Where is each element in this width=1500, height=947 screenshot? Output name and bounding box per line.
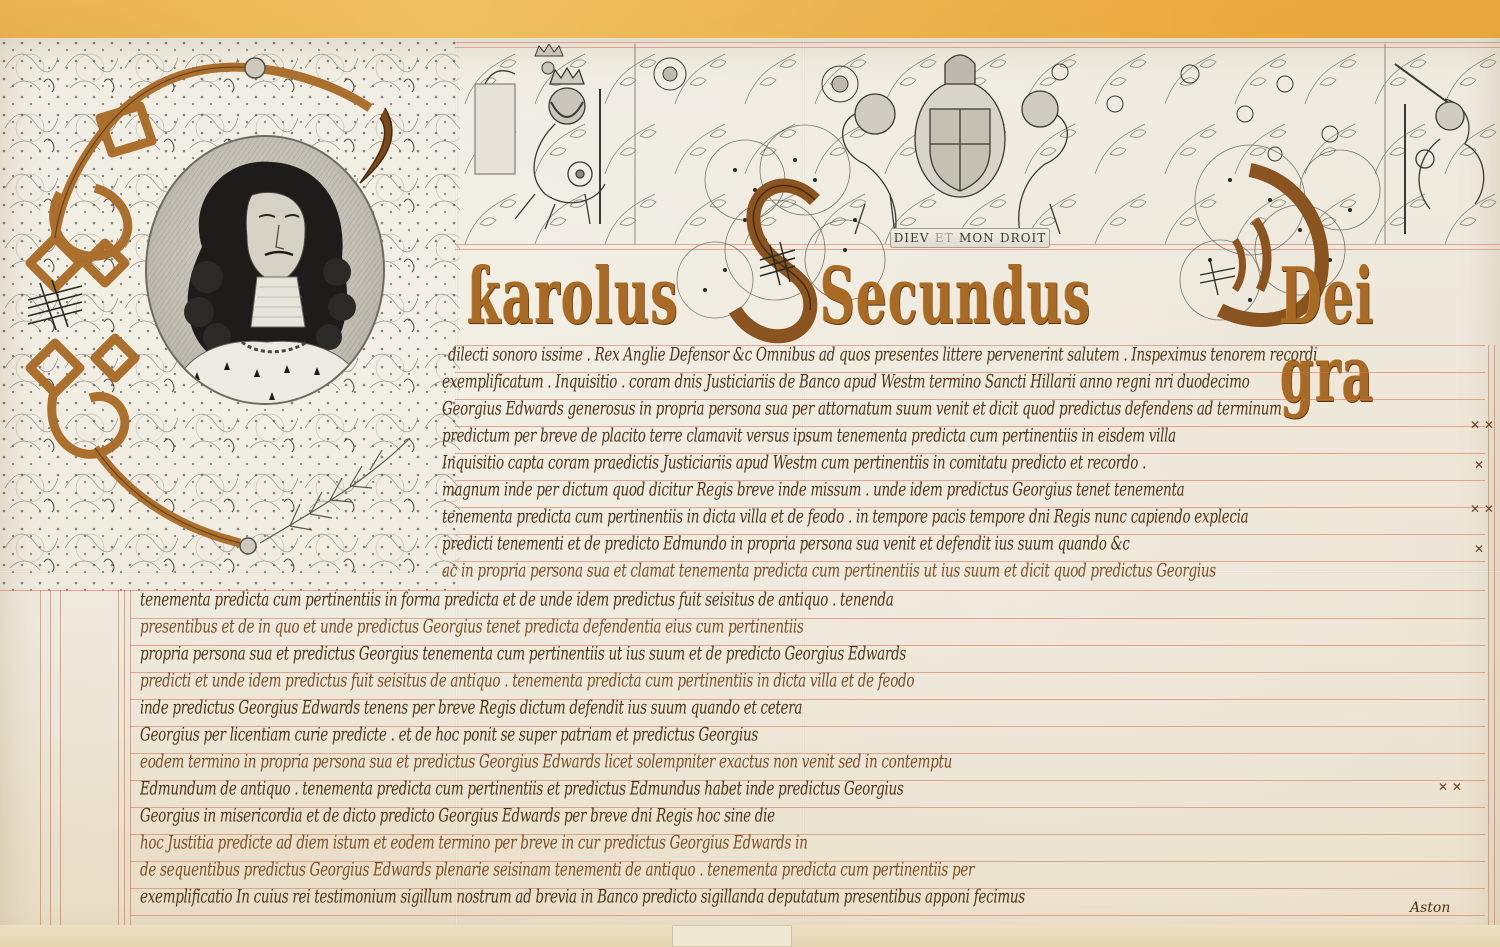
margin-cross-marker: ✕ ✕ bbox=[1470, 418, 1494, 432]
portrait-engraving bbox=[147, 137, 385, 405]
text-line: predicti tenementi et de predicto Edmund… bbox=[442, 533, 1472, 555]
text-line: de sequentibus predictus Georgius Edward… bbox=[140, 859, 1480, 881]
monarch-portrait bbox=[145, 135, 385, 405]
text-line: propria persona sua et predictus Georgiu… bbox=[140, 643, 1480, 665]
text-line: dilecti sonoro issime . Rex Anglie Defen… bbox=[448, 344, 1468, 366]
margin-cross-marker: ✕ ✕ bbox=[1438, 780, 1462, 794]
text-line: presentibus et de in quo et unde predict… bbox=[140, 616, 1480, 638]
text-line: predictum per breve de placito terre cla… bbox=[442, 425, 1482, 447]
text-line: magnum inde per dictum quod dicitur Regi… bbox=[442, 479, 1467, 501]
margin-rule bbox=[40, 590, 41, 925]
text-line: exemplificatum . Inquisitio . coram dnis… bbox=[442, 371, 1477, 393]
text-line: predicti et unde idem predictus fuit sei… bbox=[140, 670, 1480, 692]
text-line: eodem termino in propria persona sua et … bbox=[140, 751, 1480, 773]
margin-cross-marker: ✕ bbox=[1474, 458, 1484, 472]
text-line: ac in propria persona sua et clamat tene… bbox=[442, 560, 1472, 582]
text-line: Inquisitio capta coram praedictis Justic… bbox=[442, 452, 1462, 474]
text-line: Georgius per licentiam curie predicte . … bbox=[140, 724, 1480, 746]
clerk-signature: Aston bbox=[1410, 900, 1450, 916]
text-line: Georgius Edwards generosus in propria pe… bbox=[442, 398, 1462, 420]
text-line: tenementa predicta cum pertinentiis in d… bbox=[442, 506, 1472, 528]
text-line: Georgius in misericordia et de dicto pre… bbox=[140, 805, 1480, 827]
text-line: inde predictus Georgius Edwards tenens p… bbox=[140, 697, 1480, 719]
margin-rule bbox=[124, 590, 125, 925]
text-line: exemplificatio In cuius rei testimonium … bbox=[140, 886, 1190, 908]
text-line: hoc Justitia predicte ad diem istum et e… bbox=[140, 832, 1480, 854]
margin-rule bbox=[130, 590, 131, 925]
ruling-line bbox=[130, 915, 1485, 916]
heading-word-karolus: ƙarolus bbox=[467, 258, 679, 336]
margin-rule-right bbox=[1488, 345, 1489, 925]
margin-rule bbox=[118, 590, 119, 925]
margin-rule-right bbox=[1494, 345, 1495, 925]
seal-tag bbox=[672, 925, 792, 947]
margin-rule bbox=[50, 590, 51, 925]
margin-cross-marker: ✕ ✕ bbox=[1470, 502, 1494, 516]
motto-word: DROIT bbox=[1000, 231, 1046, 245]
margin-rule bbox=[60, 590, 61, 925]
text-line: Edmundum de antiquo . tenementa predicta… bbox=[140, 778, 1480, 800]
margin-cross-marker: ✕ bbox=[1474, 542, 1484, 556]
document-heading: ƙarolus Secundus Dei gra bbox=[465, 250, 1500, 345]
heading-word-secundus: Secundus bbox=[820, 258, 1092, 336]
text-line: tenementa predicta cum pertinentiis in f… bbox=[140, 589, 1480, 611]
motto-word: MON bbox=[959, 231, 995, 245]
